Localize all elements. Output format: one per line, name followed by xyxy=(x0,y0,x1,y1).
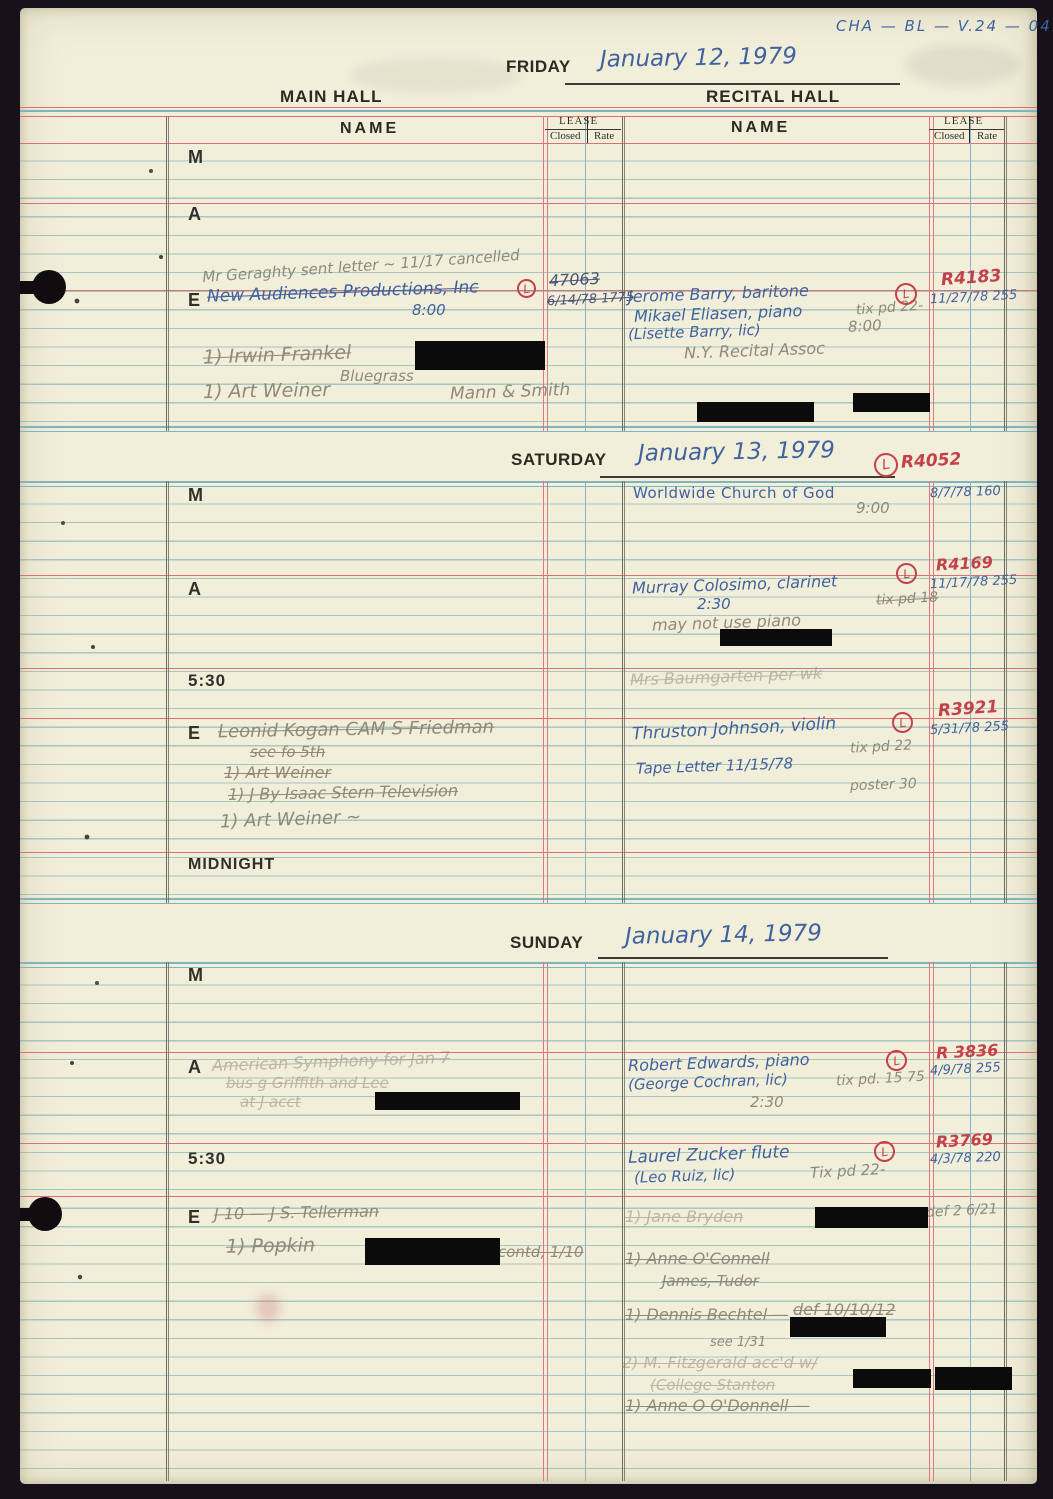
hole-punch xyxy=(28,1197,62,1231)
ruled-line xyxy=(20,967,1037,968)
row-label-530: 5:30 xyxy=(188,672,226,691)
ink-smudge xyxy=(256,1294,280,1322)
ledger-entry: Worldwide Church of God xyxy=(633,485,835,502)
column-line xyxy=(543,962,544,1481)
scanned-ledger-page: CHA — BL — V.24 — 041 FRIDAY January 12,… xyxy=(0,0,1053,1499)
event-time: 8:00 xyxy=(848,317,883,335)
redaction-bar xyxy=(375,1092,520,1110)
row-label-e: E xyxy=(188,724,201,744)
column-header-name-main: NAME xyxy=(340,120,399,138)
tickets-paid-note: tix pd 18 xyxy=(876,590,939,609)
row-label-a: A xyxy=(188,1058,202,1078)
column-line xyxy=(622,481,623,903)
column-line xyxy=(166,962,167,1481)
hole-punch-notch xyxy=(20,1208,32,1221)
day-label-sunday: SUNDAY xyxy=(510,934,583,953)
tickets-paid-note: tix pd 22 xyxy=(850,738,913,757)
ruled-line xyxy=(20,575,1037,576)
ruled-line xyxy=(20,852,1037,853)
ledger-note: def 10/10/12 xyxy=(793,1301,896,1319)
ledger-entry: J 10 — J S. Tellerman xyxy=(214,1203,379,1223)
ruled-line xyxy=(20,1052,1037,1053)
ruled-line xyxy=(20,431,1037,432)
column-line xyxy=(929,116,930,431)
column-line xyxy=(970,962,971,1481)
ruled-line xyxy=(20,426,1037,428)
date-underline xyxy=(565,83,900,85)
lease-date: 4/3/78 220 xyxy=(930,1151,1001,1168)
row-label-530: 5:30 xyxy=(188,1150,226,1169)
column-header-closed-recital: Closed xyxy=(934,130,965,142)
column-line xyxy=(929,481,930,903)
event-time: 8:00 xyxy=(412,302,446,319)
ruled-line xyxy=(20,107,1037,108)
ledger-entry: 1) Art Weiner xyxy=(224,764,331,782)
lease-number: R4169 xyxy=(936,554,994,575)
column-line xyxy=(1004,962,1005,1481)
ledger-note: poster 30 xyxy=(850,777,917,795)
ledger-note: (College Stanton xyxy=(650,1377,775,1394)
column-header-closed-main: Closed xyxy=(550,130,581,142)
column-line xyxy=(166,481,167,903)
ledger-entry: 2) M. Fitzgerald acc'd w/ xyxy=(622,1354,817,1372)
row-label-m: M xyxy=(188,148,204,168)
paper-specks xyxy=(0,0,2,2)
ledger-entry: 1) Jane Bryden xyxy=(625,1208,743,1226)
ruled-line xyxy=(20,143,1037,144)
lease-number: R 3836 xyxy=(936,1041,999,1062)
redaction-bar xyxy=(415,341,545,370)
row-label-m: M xyxy=(188,966,204,986)
column-line xyxy=(585,481,586,903)
lease-number: 47063 xyxy=(549,270,601,290)
lease-number: R3921 xyxy=(937,698,999,721)
redaction-bar xyxy=(365,1238,500,1265)
ledger-note: see 1/31 xyxy=(710,1336,766,1350)
column-line xyxy=(1004,481,1005,903)
ruled-line xyxy=(20,481,1037,483)
ledger-note: Mann & Smith xyxy=(450,381,571,404)
column-line xyxy=(929,962,930,1481)
column-line xyxy=(166,116,167,431)
ledger-note: contd, 1/10 xyxy=(498,1244,584,1261)
column-line xyxy=(543,481,544,903)
ledger-entry: 1) Anne O O'Donnell — xyxy=(625,1397,810,1415)
column-header-rate-recital: Rate xyxy=(977,130,997,142)
redaction-bar xyxy=(720,629,832,646)
ledger-note: see fo 5th xyxy=(250,744,325,761)
event-time: 2:30 xyxy=(750,1094,784,1111)
ruled-line xyxy=(20,718,1037,719)
ledger-entry: 1) Anne O'Connell xyxy=(625,1250,770,1268)
redaction-bar xyxy=(935,1367,1012,1390)
lease-number: R3769 xyxy=(936,1131,994,1152)
redaction-bar xyxy=(853,1369,931,1388)
row-label-a: A xyxy=(188,580,202,600)
column-header-name-recital: NAME xyxy=(731,119,790,137)
column-line xyxy=(622,962,623,1481)
row-label-midnight: MIDNIGHT xyxy=(188,856,275,874)
row-label-m: M xyxy=(188,486,204,506)
lease-number: R4183 xyxy=(940,267,1002,290)
row-label-e: E xyxy=(188,1208,201,1228)
column-line xyxy=(585,962,586,1481)
ledger-entry: 1) J By Isaac Stern Television xyxy=(228,782,458,804)
redaction-bar xyxy=(815,1207,928,1228)
ruled-line xyxy=(20,110,1037,112)
ledger-note: at J acct xyxy=(240,1094,301,1111)
ledger-entry: 1) Popkin xyxy=(226,1235,315,1257)
date-handwritten-sunday: January 14, 1979 xyxy=(625,921,822,950)
column-header-lease-recital: LEASE xyxy=(944,115,983,127)
hall-header-recital: RECITAL HALL xyxy=(706,88,840,107)
column-line xyxy=(1004,116,1005,431)
redaction-bar xyxy=(790,1317,886,1337)
event-time: 2:30 xyxy=(697,596,731,613)
ruled-line xyxy=(20,116,1037,117)
hole-punch xyxy=(32,270,66,304)
column-header-lease-main: LEASE xyxy=(559,115,598,127)
ledger-note: bus g Griffith and Lee xyxy=(226,1075,389,1092)
tickets-paid-note: Tix pd 22- xyxy=(810,1161,886,1181)
ruled-line xyxy=(20,1196,1037,1197)
row-label-a: A xyxy=(188,205,202,225)
date-underline xyxy=(598,957,888,959)
ledger-entry: 1) Dennis Bechtel — xyxy=(625,1306,788,1324)
ruled-line xyxy=(20,486,1037,487)
lease-date: 8/7/78 160 xyxy=(930,485,1001,502)
ledger-entry: 1) Art Weiner xyxy=(203,380,330,403)
ruled-line xyxy=(20,668,1037,669)
date-underline xyxy=(600,476,895,478)
ruled-line xyxy=(20,962,1037,964)
hall-header-main: MAIN HALL xyxy=(280,88,382,107)
column-header-rate-main: Rate xyxy=(594,130,614,142)
event-time: 9:00 xyxy=(856,500,890,517)
column-line xyxy=(622,116,623,431)
date-handwritten-saturday: January 13, 1979 xyxy=(638,438,835,467)
ledger-note: Bluegrass xyxy=(340,368,414,385)
redaction-bar xyxy=(697,402,814,422)
column-line xyxy=(970,481,971,903)
day-label-saturday: SATURDAY xyxy=(511,451,607,470)
lease-number: R4052 xyxy=(901,450,962,472)
ledger-note: James, Tudor xyxy=(662,1273,759,1290)
ruled-line xyxy=(20,898,1037,900)
ruled-line xyxy=(20,203,1037,204)
ruled-line xyxy=(20,903,1037,904)
day-label-friday: FRIDAY xyxy=(506,58,571,77)
ruling-saturday xyxy=(20,486,1037,898)
ledger-entry: (Leo Ruiz, lic) xyxy=(634,1166,736,1186)
row-label-e: E xyxy=(188,291,201,311)
bleed-through-smudge xyxy=(905,44,1020,86)
date-handwritten-friday: January 12, 1979 xyxy=(600,44,797,73)
archive-code: CHA — BL — V.24 — 041 xyxy=(836,18,1053,35)
redaction-bar xyxy=(853,393,930,412)
hole-punch-notch xyxy=(20,281,36,294)
